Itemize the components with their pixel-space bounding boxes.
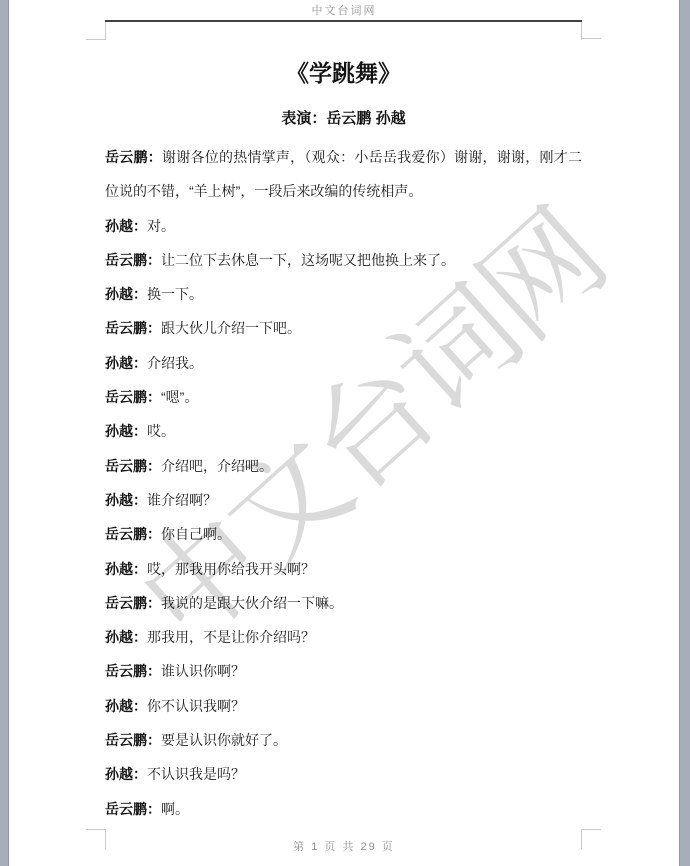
script-body: 岳云鹏：谢谢各位的热情掌声，（观众：小岳岳我爱你）谢谢，谢谢，刚才二位说的不错，… (105, 140, 582, 826)
dialogue-paragraph: 岳云鹏：跟大伙儿介绍一下吧。 (105, 311, 582, 345)
speaker-name: 孙越： (105, 218, 147, 234)
dialogue-text: 哎，那我用你给我开头啊？ (147, 561, 315, 577)
speaker-name: 岳云鹏： (105, 663, 161, 679)
speaker-name: 岳云鹏： (105, 526, 161, 542)
dialogue-text: 让二位下去休息一下，这场呢又把他换上来了。 (161, 252, 455, 268)
speaker-name: 孙越： (105, 766, 147, 782)
dialogue-paragraph: 孙越：谁介绍啊？ (105, 483, 582, 517)
dialogue-paragraph: 孙越：不认识我是吗？ (105, 757, 582, 791)
dialogue-paragraph: 孙越：换一下。 (105, 277, 582, 311)
dialogue-paragraph: 孙越：对。 (105, 209, 582, 243)
document-title: 《学跳舞》 (105, 55, 582, 88)
speaker-name: 孙越： (105, 355, 147, 371)
dialogue-text: 你不认识我啊？ (147, 698, 245, 714)
speaker-name: 岳云鹏： (105, 458, 161, 474)
dialogue-paragraph: 孙越：哎，那我用你给我开头啊？ (105, 552, 582, 586)
crop-mark-top-left (105, 21, 106, 40)
dialogue-text: 换一下。 (147, 286, 203, 302)
speaker-name: 孙越： (105, 629, 147, 645)
dialogue-text: 要是认识你就好了。 (161, 732, 287, 748)
speaker-name: 孙越： (105, 423, 147, 439)
speaker-name: 岳云鹏： (105, 595, 161, 611)
dialogue-text: 谁介绍啊？ (147, 492, 217, 508)
dialogue-paragraph: 岳云鹏：我说的是跟大伙介绍一下嘛。 (105, 586, 582, 620)
dialogue-paragraph: 岳云鹏：你自己啊。 (105, 517, 582, 551)
dialogue-text: 哎。 (147, 423, 175, 439)
speaker-name: 岳云鹏： (105, 732, 161, 748)
window-gutter-left (0, 0, 9, 866)
speaker-name: 孙越： (105, 492, 147, 508)
dialogue-text: 介绍我。 (147, 355, 203, 371)
dialogue-paragraph: 孙越：你不认识我啊？ (105, 689, 582, 723)
speaker-name: 孙越： (105, 561, 147, 577)
header-rule (105, 20, 582, 22)
crop-mark-top-right (582, 38, 601, 39)
dialogue-paragraph: 孙越：介绍我。 (105, 346, 582, 380)
performers-line: 表演：岳云鹏 孙越 (105, 107, 582, 128)
speaker-name: 岳云鹏： (105, 252, 161, 268)
dialogue-text: “嗯”。 (161, 389, 198, 405)
dialogue-paragraph: 岳云鹏：介绍吧，介绍吧。 (105, 449, 582, 483)
dialogue-text: 跟大伙儿介绍一下吧。 (161, 320, 301, 336)
speaker-name: 岳云鹏： (105, 320, 161, 336)
dialogue-paragraph: 岳云鹏：啊。 (105, 792, 582, 826)
dialogue-text: 啊。 (161, 801, 189, 817)
dialogue-paragraph: 岳云鹏：“嗯”。 (105, 380, 582, 414)
speaker-name: 孙越： (105, 698, 147, 714)
dialogue-text: 谢谢各位的热情掌声，（观众：小岳岳我爱你）谢谢，谢谢，刚才二位说的不错，“羊上树… (105, 149, 582, 199)
speaker-name: 岳云鹏： (105, 801, 161, 817)
dialogue-text: 介绍吧，介绍吧。 (161, 458, 273, 474)
speaker-name: 孙越： (105, 286, 147, 302)
page-number-footer: 第 1 页 共 29 页 (8, 838, 680, 854)
dialogue-text: 那我用，不是让你介绍吗？ (147, 629, 315, 645)
dialogue-text: 谁认识你啊？ (161, 663, 245, 679)
page-header-text: 中文台词网 (8, 2, 680, 18)
dialogue-paragraph: 孙越：那我用，不是让你介绍吗？ (105, 620, 582, 654)
dialogue-paragraph: 岳云鹏：谁认识你啊？ (105, 654, 582, 688)
dialogue-text: 你自己啊。 (161, 526, 231, 542)
speaker-name: 岳云鹏： (105, 389, 161, 405)
window-gutter-right (679, 0, 690, 866)
crop-mark-bottom-left (86, 829, 106, 830)
dialogue-text: 我说的是跟大伙介绍一下嘛。 (161, 595, 343, 611)
crop-mark-top-left (86, 39, 106, 40)
speaker-name: 岳云鹏： (105, 149, 162, 165)
dialogue-paragraph: 岳云鹏：谢谢各位的热情掌声，（观众：小岳岳我爱你）谢谢，谢谢，刚才二位说的不错，… (105, 140, 582, 209)
crop-mark-bottom-right (581, 829, 601, 830)
dialogue-paragraph: 岳云鹏：要是认识你就好了。 (105, 723, 582, 757)
dialogue-paragraph: 岳云鹏：让二位下去休息一下，这场呢又把他换上来了。 (105, 243, 582, 277)
dialogue-text: 不认识我是吗？ (147, 766, 245, 782)
dialogue-text: 对。 (147, 218, 175, 234)
dialogue-paragraph: 孙越：哎。 (105, 414, 582, 448)
